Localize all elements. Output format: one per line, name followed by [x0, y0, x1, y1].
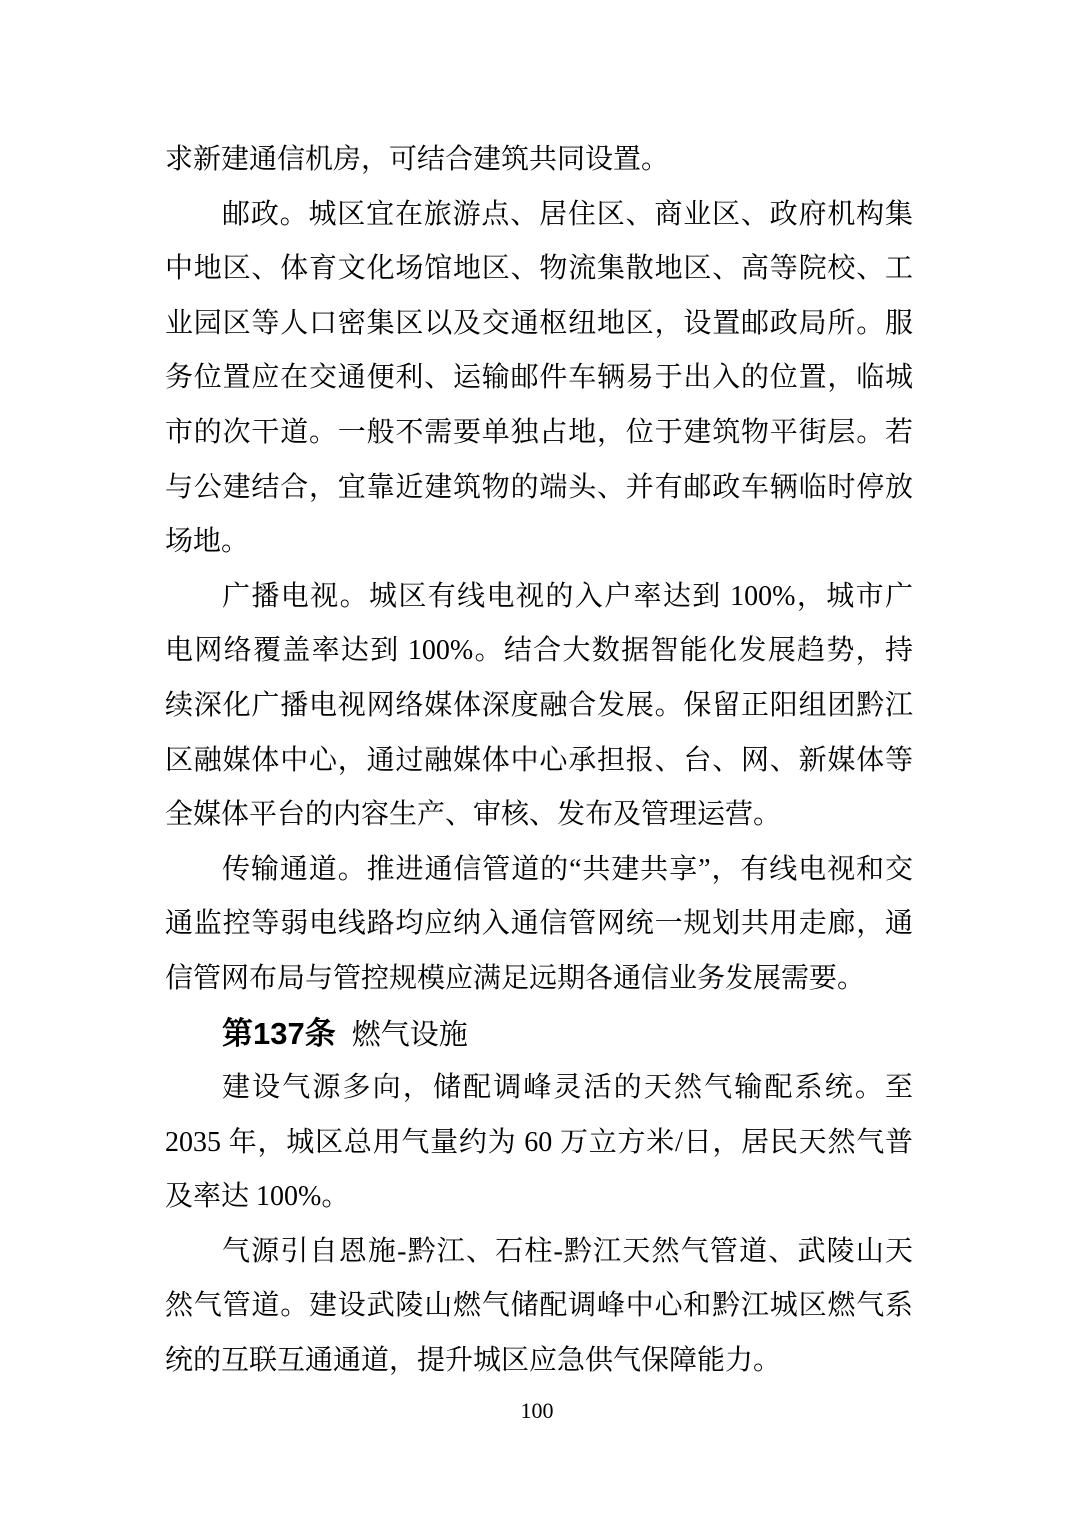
text-block: 求新建通信机房，可结合建筑共同设置。 邮政。城区宜在旅游点、居住区、商业区、政府… [165, 133, 913, 1389]
page-number: 100 [0, 1398, 1074, 1424]
text-line: 信管网布局与管控规模应满足远期各通信业务发展需要。 [165, 952, 913, 1007]
text-line: 与公建结合，宜靠近建筑物的端头、并有邮政车辆临时停放 [165, 461, 913, 516]
text-line: 统的互联互通通道，提升城区应急供气保障能力。 [165, 1334, 913, 1389]
text-line: 通监控等弱电线路均应纳入通信管网统一规划共用走廊，通 [165, 897, 913, 952]
text-line: 业园区等人口密集区以及交通枢纽地区，设置邮政局所。服 [165, 297, 913, 352]
text-line: 区融媒体中心，通过融媒体中心承担报、台、网、新媒体等 [165, 734, 913, 789]
text-line: 广播电视。城区有线电视的入户率达到 100%，城市广 [165, 570, 913, 625]
text-line: 邮政。城区宜在旅游点、居住区、商业区、政府机构集 [165, 188, 913, 243]
text-line: 然气管道。建设武陵山燃气储配调峰中心和黔江城区燃气系 [165, 1279, 913, 1334]
section-heading-number: 第137条 [222, 1016, 336, 1051]
text-line: 全媒体平台的内容生产、审核、发布及管理运营。 [165, 788, 913, 843]
text-line: 传输通道。推进通信管道的“共建共享”，有线电视和交 [165, 843, 913, 898]
text-line: 气源引自恩施-黔江、石柱-黔江天然气管道、武陵山天 [165, 1225, 913, 1280]
section-heading-title: 燃气设施 [352, 1019, 468, 1051]
text-line: 2035 年，城区总用气量约为 60 万立方米/日，居民天然气普 [165, 1116, 913, 1171]
document-page: 求新建通信机房，可结合建筑共同设置。 邮政。城区宜在旅游点、居住区、商业区、政府… [0, 0, 1074, 1520]
text-line: 续深化广播电视网络媒体深度融合发展。保留正阳组团黔江 [165, 679, 913, 734]
text-line: 市的次干道。一般不需要单独占地，位于建筑物平街层。若 [165, 406, 913, 461]
text-line: 建设气源多向，储配调峰灵活的天然气输配系统。至 [165, 1061, 913, 1116]
text-line: 电网络覆盖率达到 100%。结合大数据智能化发展趋势，持 [165, 624, 913, 679]
text-line: 求新建通信机房，可结合建筑共同设置。 [165, 133, 913, 188]
text-line: 中地区、体育文化场馆地区、物流集散地区、高等院校、工 [165, 242, 913, 297]
text-line: 场地。 [165, 515, 913, 570]
section-heading: 第137条燃气设施 [165, 1007, 913, 1062]
text-line: 及率达 100%。 [165, 1170, 913, 1225]
text-line: 务位置应在交通便利、运输邮件车辆易于出入的位置，临城 [165, 351, 913, 406]
